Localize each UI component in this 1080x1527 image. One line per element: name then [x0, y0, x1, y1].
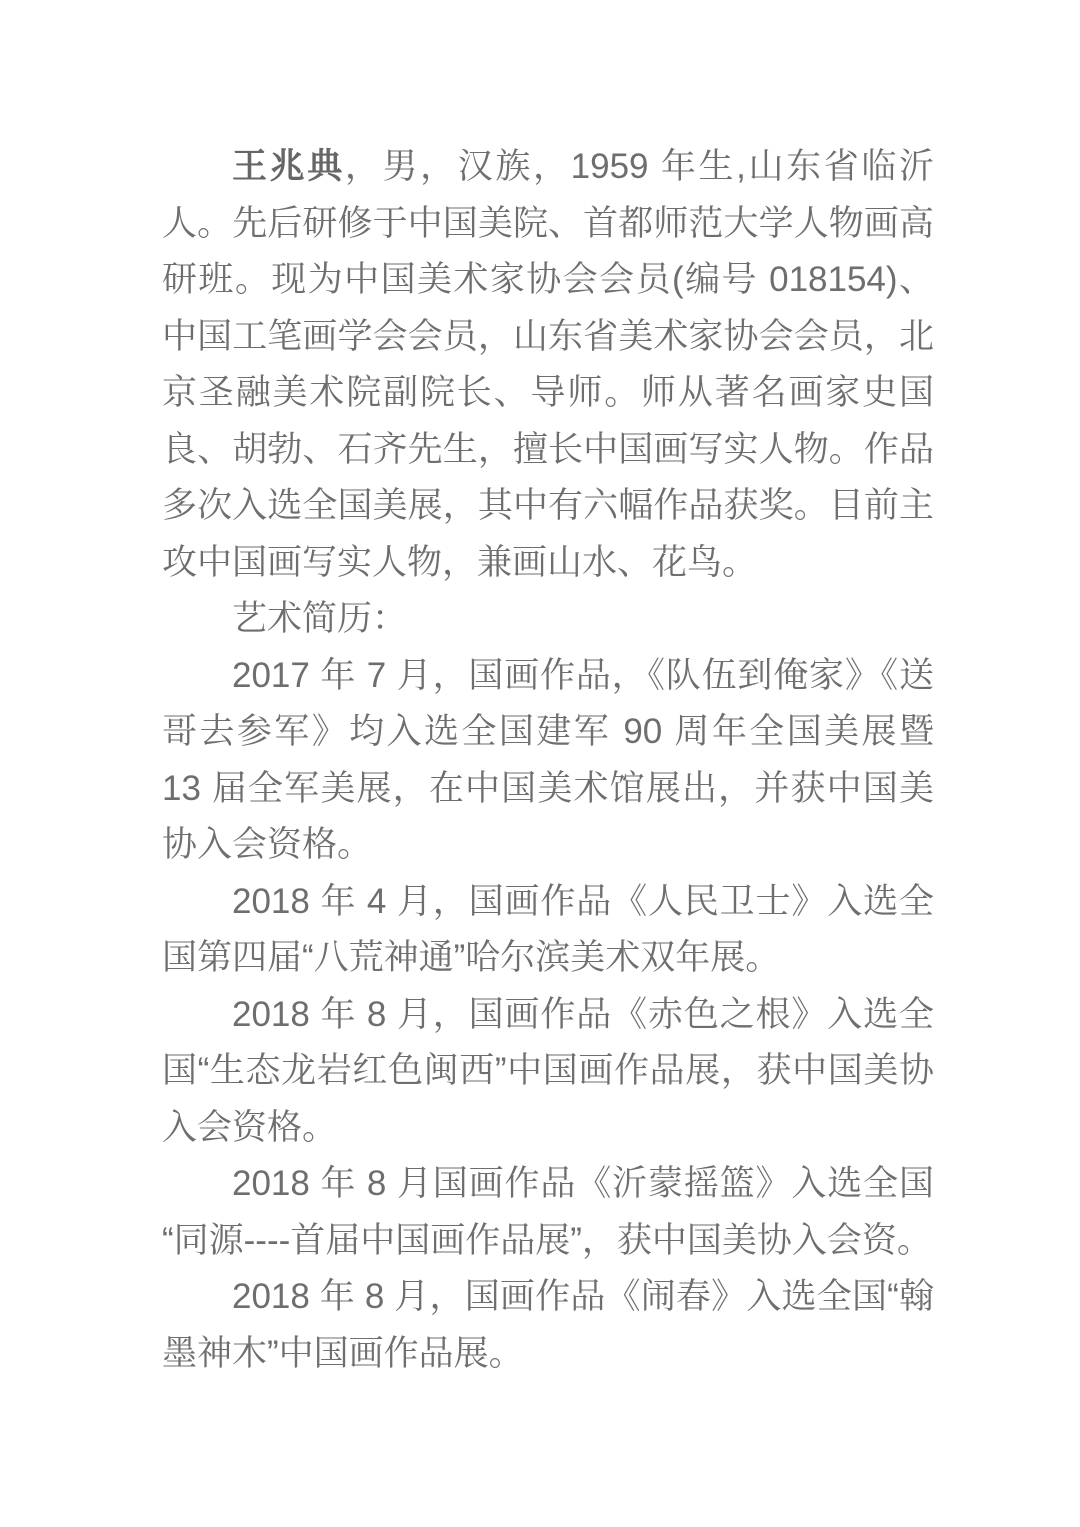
resume-entry-2018-08-yimeng-yaolan: 2018 年 8 月国画作品《沂蒙摇篮》入选全国“同源----首届中国画作品展”…	[162, 1156, 934, 1269]
resume-entry-2017-07: 2017 年 7 月，国画作品，《队伍到俺家》《送哥去参军》均入选全国建军 90…	[162, 648, 934, 874]
resume-heading: 艺术简历：	[162, 591, 934, 648]
resume-entry-2018-04: 2018 年 4 月，国画作品《人民卫士》入选全国第四届“八荒神通”哈尔滨美术双…	[162, 874, 934, 987]
bio-text: ，男，汉族，1959 年生,山东省临沂人。先后研修于中国美院、首都师范大学人物画…	[162, 147, 934, 582]
resume-entry-2018-08-naochun: 2018 年 8 月，国画作品《闹春》入选全国“翰墨神木”中国画作品展。	[162, 1269, 934, 1382]
artist-name: 王兆典	[232, 147, 345, 186]
document-body: 王兆典，男，汉族，1959 年生,山东省临沂人。先后研修于中国美院、首都师范大学…	[162, 139, 934, 1382]
document-page: 王兆典，男，汉族，1959 年生,山东省临沂人。先后研修于中国美院、首都师范大学…	[0, 0, 1080, 1527]
bio-paragraph: 王兆典，男，汉族，1959 年生,山东省临沂人。先后研修于中国美院、首都师范大学…	[162, 139, 934, 591]
resume-entry-2018-08-chise-zhigen: 2018 年 8 月，国画作品《赤色之根》入选全国“生态龙岩红色闽西”中国画作品…	[162, 987, 934, 1157]
